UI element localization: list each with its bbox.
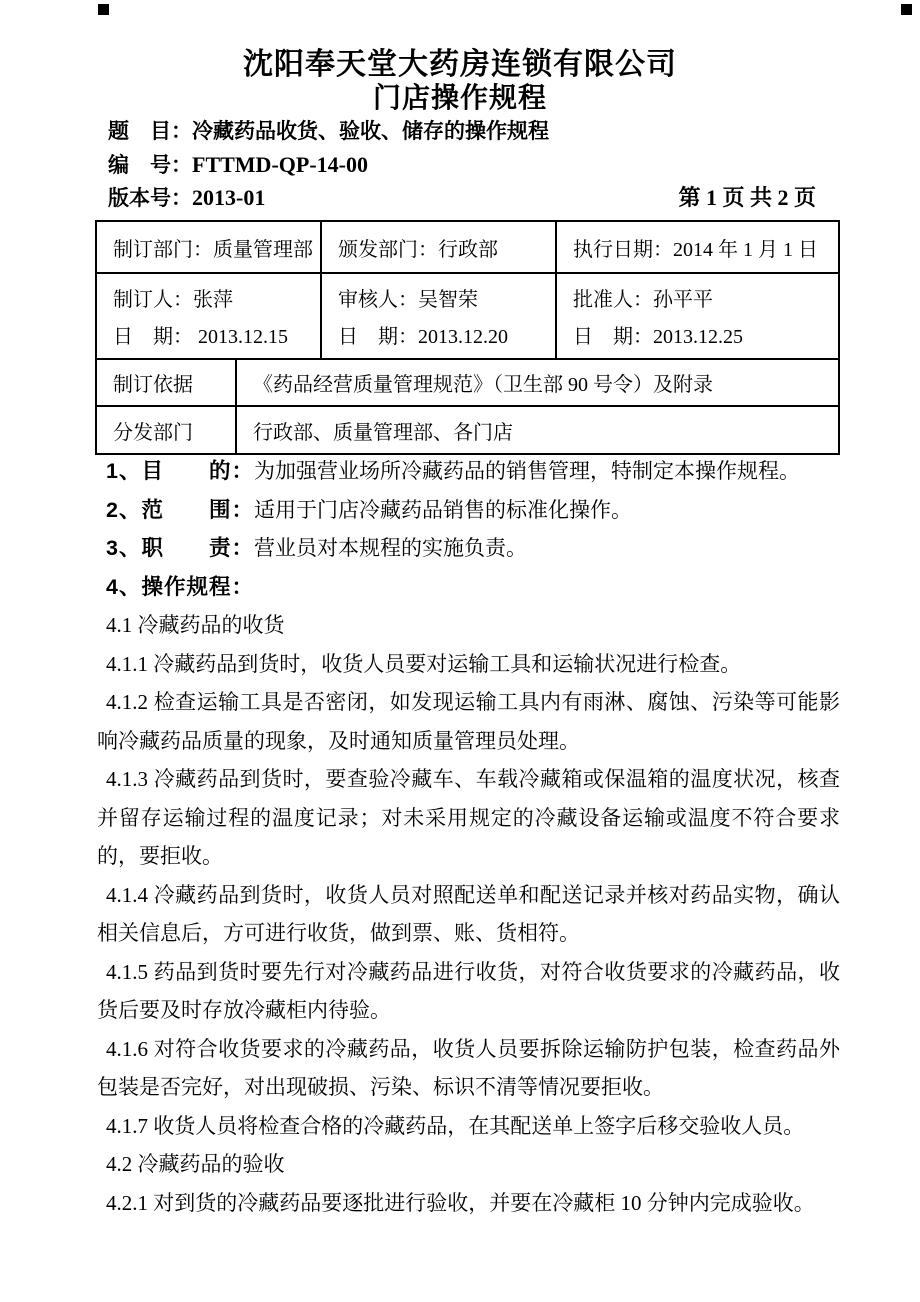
clause-4-1-7: 4.1.7 收货人员将检查合格的冷藏药品，在其配送单上签字后移交验收人员。 [97,1107,840,1146]
approver-date: 日 期：2013.12.25 [573,320,838,349]
drafter-date: 日 期： 2013.12.15 [113,320,320,349]
table-row-distribution: 分发部门 行政部、质量管理部、各门店 [96,406,839,454]
page-number-info: 第 1 页 共 2 页 [678,182,816,216]
company-name: 沈阳奉天堂大药房连锁有限公司 [80,48,840,82]
document-type-title: 门店操作规程 [80,82,840,113]
cell-distribution-value: 行政部、质量管理部、各门店 [236,406,839,454]
clause-4-1-2: 4.1.2 检查运输工具是否密闭，如发现运输工具内有雨淋、腐蚀、污染等可能影响冷… [97,683,840,760]
reviewer-name: 审核人：吴智荣 [338,283,555,312]
document-meta: 题 目：冷藏药品收货、验收、储存的操作规程 编 号：FTTMD-QP-14-00… [80,116,840,216]
meta-code-value: FTTMD-QP-14-00 [192,152,368,177]
clause-4-1-1: 4.1.1 冷藏药品到货时，收货人员要对运输工具和运输状况进行检查。 [97,645,840,684]
section-procedures-heading: 4、操作规程： [97,568,840,607]
meta-title-line: 题 目：冷藏药品收货、验收、储存的操作规程 [108,116,840,149]
meta-version-value: 2013-01 [192,185,265,210]
clause-4-1-5: 4.1.5 药品到货时要先行对冷藏药品进行收货，对符合收货要求的冷藏药品，收货后… [97,953,840,1030]
meta-version-label: 版本号： [108,187,192,210]
cell-basis-label: 制订依据 [96,359,236,406]
table-row-people: 制订人：张萍 日 期： 2013.12.15 审核人：吴智荣 日 期：2013.… [96,273,839,359]
reviewer-date: 日 期：2013.12.20 [338,320,555,349]
page-corner-mark-left [98,4,109,15]
clause-4-2-1: 4.2.1 对到货的冷藏药品要逐批进行验收，并要在冷藏柜 10 分钟内完成验收。 [97,1184,840,1223]
meta-version-line: 版本号：2013-01 第 1 页 共 2 页 [108,182,840,216]
clause-4-1: 4.1 冷藏药品的收货 [97,606,840,645]
section-scope: 2、范 围：适用于门店冷藏药品销售的标准化操作。 [97,491,840,530]
cell-drafter: 制订人：张萍 日 期： 2013.12.15 [96,273,321,359]
cell-issuing-department: 颁发部门：行政部 [321,221,556,273]
cell-basis-value: 《药品经营质量管理规范》（卫生部 90 号令）及附录 [236,359,839,406]
cell-reviewer: 审核人：吴智荣 日 期：2013.12.20 [321,273,556,359]
meta-version: 版本号：2013-01 [108,182,265,216]
clause-4-2: 4.2 冷藏药品的验收 [97,1145,840,1184]
section-responsibility: 3、职 责：营业员对本规程的实施负责。 [97,529,840,568]
section-purpose: 1、目 的：为加强营业场所冷藏药品的销售管理，特制定本操作规程。 [97,452,840,491]
document-body: 1、目 的：为加强营业场所冷藏药品的销售管理，特制定本操作规程。 2、范 围：适… [97,452,840,1222]
clause-4-1-4: 4.1.4 冷藏药品到货时，收货人员对照配送单和配送记录并核对药品实物，确认相关… [97,876,840,953]
cell-execution-date: 执行日期：2014 年 1 月 1 日 [556,221,839,273]
cell-drafting-department: 制订部门：质量管理部 [96,221,321,273]
clause-4-1-3: 4.1.3 冷藏药品到货时，要查验冷藏车、车载冷藏箱或保温箱的温度状况，核查并留… [97,760,840,876]
table-row-departments: 制订部门：质量管理部 颁发部门：行政部 执行日期：2014 年 1 月 1 日 [96,221,839,273]
cell-approver: 批准人：孙平平 日 期：2013.12.25 [556,273,839,359]
meta-code-label: 编 号： [108,154,192,177]
document-header: 沈阳奉天堂大药房连锁有限公司 门店操作规程 题 目：冷藏药品收货、验收、储存的操… [80,48,840,216]
table-row-basis: 制订依据 《药品经营质量管理规范》（卫生部 90 号令）及附录 [96,359,839,406]
meta-title-value: 冷藏药品收货、验收、储存的操作规程 [192,120,549,143]
approver-name: 批准人：孙平平 [573,283,838,312]
meta-code-line: 编 号：FTTMD-QP-14-00 [108,149,840,183]
document-info-table: 制订部门：质量管理部 颁发部门：行政部 执行日期：2014 年 1 月 1 日 … [95,220,840,455]
document-page: 沈阳奉天堂大药房连锁有限公司 门店操作规程 题 目：冷藏药品收货、验收、储存的操… [0,0,920,1302]
page-corner-mark-right [901,4,912,15]
clause-4-1-6: 4.1.6 对符合收货要求的冷藏药品，收货人员要拆除运输防护包装，检查药品外包装… [97,1030,840,1107]
cell-distribution-label: 分发部门 [96,406,236,454]
drafter-name: 制订人：张萍 [113,283,320,312]
meta-title-label: 题 目： [108,120,192,143]
